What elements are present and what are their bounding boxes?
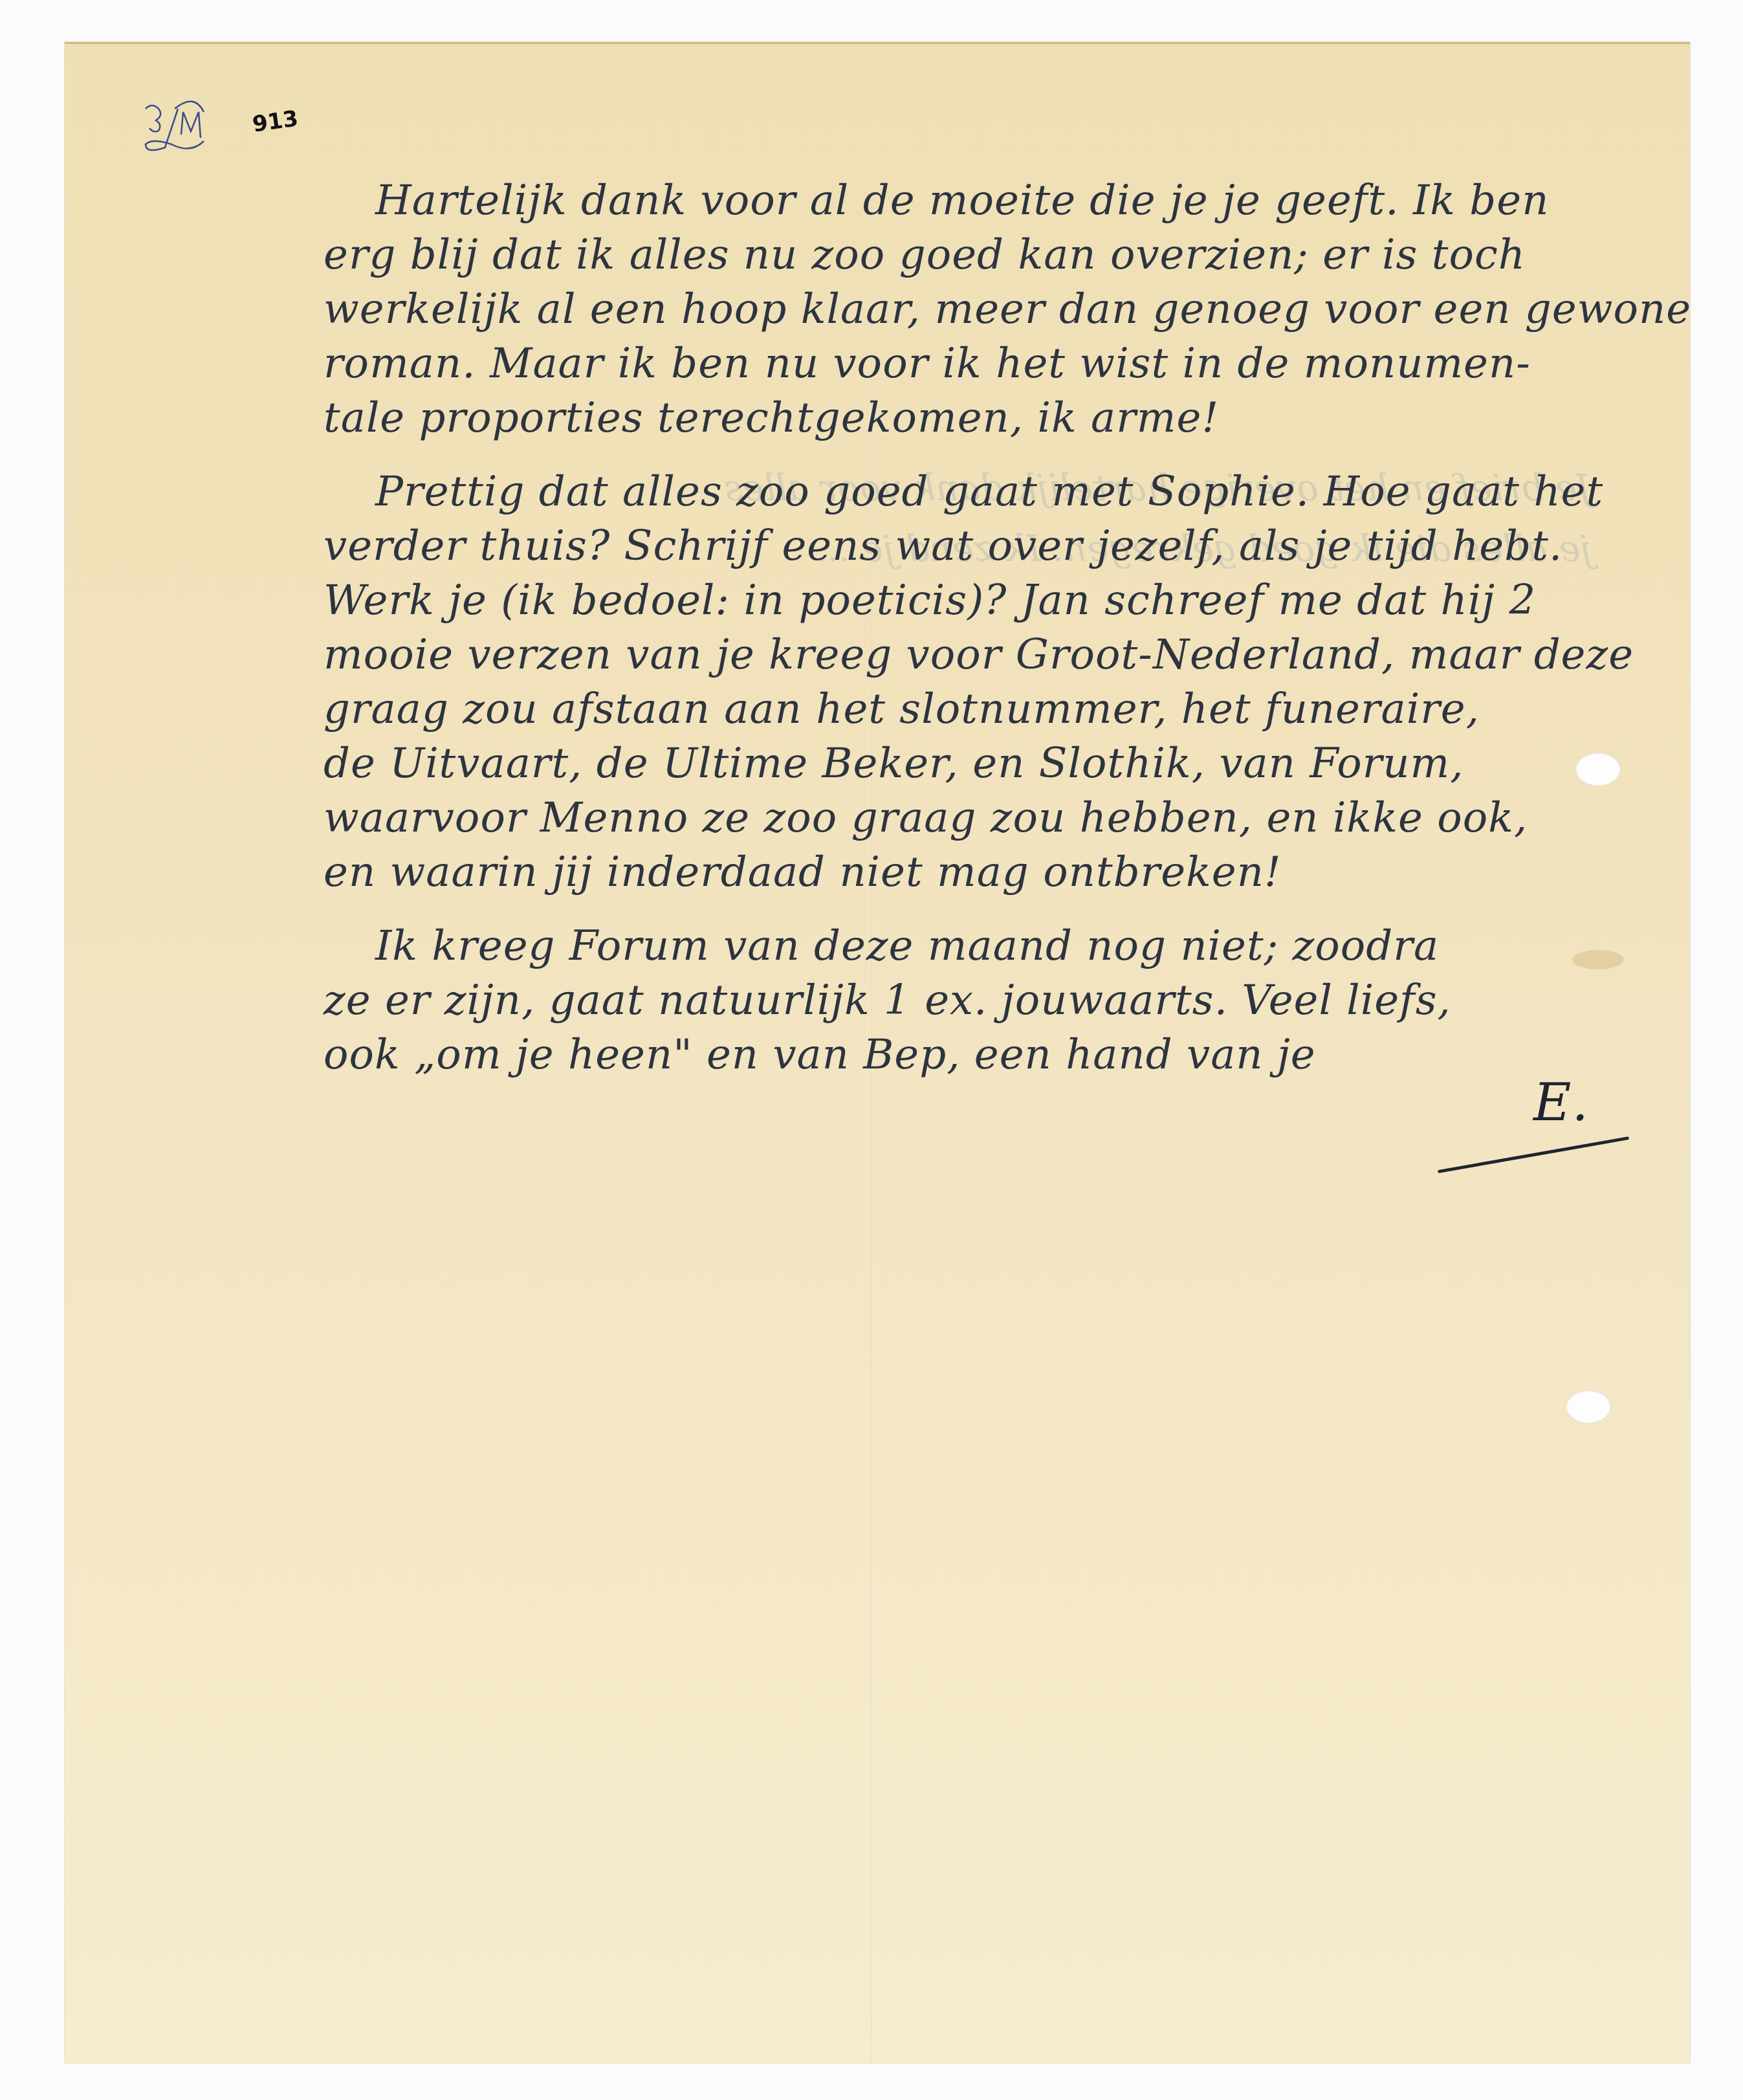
punch-hole-top [1575,753,1621,786]
text-line: waarvoor Menno ze zoo graag zou hebben, … [323,791,1695,845]
text-line: Werk je (ik bedoel: in poeticis)? Jan sc… [323,573,1695,628]
signature-block: E. [323,1082,1695,1173]
text-line: mooie verzen van je kreeg voor Groot-Ned… [323,628,1695,682]
paragraph-3: Ik kreeg Forum van deze maand nog niet; … [323,919,1695,1082]
text-line: de Uitvaart, de Ultime Beker, en Slothik… [323,736,1695,791]
text-line: erg blij dat ik alles nu zoo goed kan ov… [323,228,1695,282]
text-line: ze er zijn, gaat natuurlijk 1 ex. jouwaa… [323,973,1695,1028]
signature-underline [1438,1136,1629,1173]
paper-stain [1572,950,1624,969]
lion-monogram-icon [139,96,223,167]
text-line: Ik kreeg Forum van deze maand nog niet; … [323,919,1695,973]
text-line: Prettig dat alles zoo goed gaat met Soph… [323,465,1695,519]
text-line: verder thuis? Schrijf eens wat over jeze… [323,519,1695,573]
letter-body: Hartelijk dank voor al de moeite die je … [323,173,1695,1173]
text-line: roman. Maar ik ben nu voor ik het wist i… [323,337,1695,391]
punch-hole-bottom [1566,1390,1611,1424]
text-line: tale proporties terechtgekomen, ik arme! [323,391,1695,445]
signature: E. [1533,1076,1589,1130]
text-line: en waarin jij inderdaad niet mag ontbrek… [323,845,1695,900]
paragraph-2: Prettig dat alles zoo goed gaat met Soph… [323,465,1695,900]
paragraph-1: Hartelijk dank voor al de moeite die je … [323,173,1695,445]
letter-sheet: Je brief en het overige hartelijk dank v… [65,42,1690,2063]
text-line: ook „om je heen" en van Bep, een hand va… [323,1028,1695,1082]
text-line: Hartelijk dank voor al de moeite die je … [323,173,1695,228]
text-line: graag zou afstaan aan het slotnummer, he… [323,682,1695,736]
text-line: werkelijk al een hoop klaar, meer dan ge… [323,282,1695,337]
archive-number: 913 [251,105,300,137]
